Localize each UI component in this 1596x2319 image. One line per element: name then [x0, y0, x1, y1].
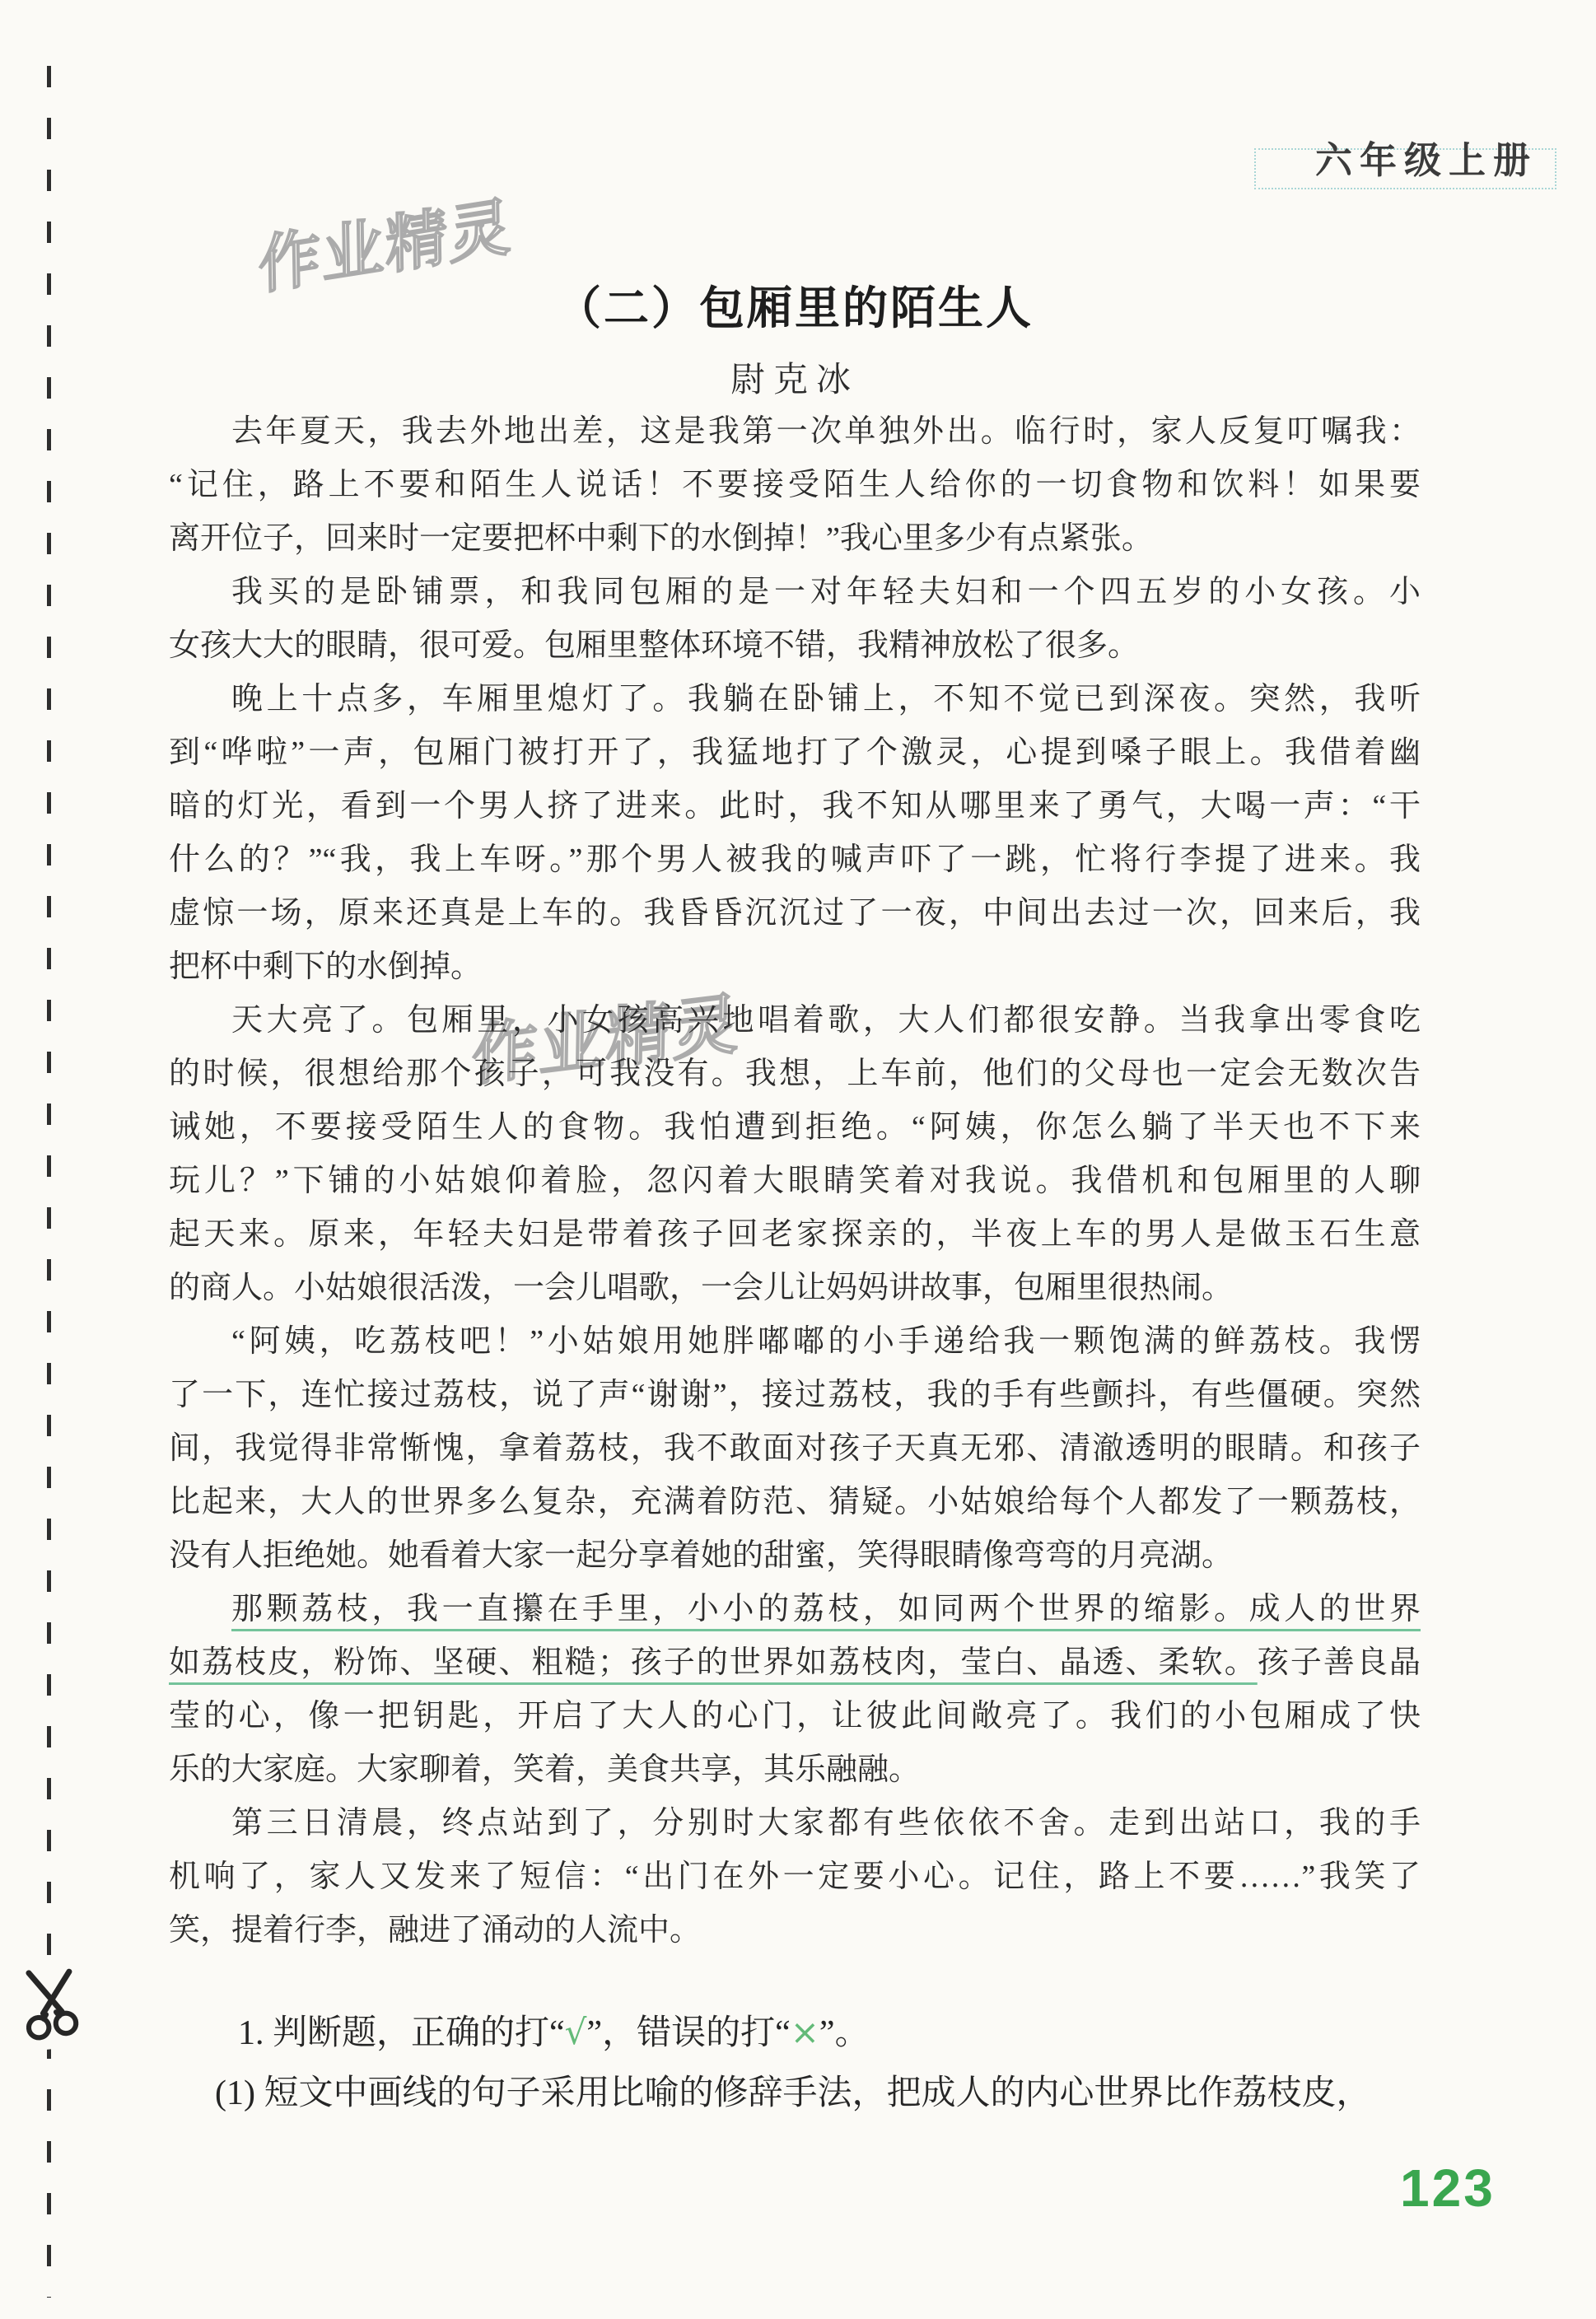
body-line: 女孩大大的眼睛，很可爱。包厢里整体环境不错，我精神放松了很多。: [169, 619, 1421, 673]
answer-mark: √: [565, 2012, 587, 2052]
text-segment: “记住，路上不要和陌生人说话！不要接受陌生人给你的一切食物和饮料！如果要: [169, 468, 1421, 502]
text-segment: 诫她，不要接受陌生人的食物。我怕遭到拒绝。“阿姨，你怎么躺了半天也不下来: [169, 1110, 1421, 1145]
body-line: 离开位子，回来时一定要把杯中剩下的水倒掉！”我心里多少有点紧张。: [169, 512, 1421, 566]
body-line: 起天来。原来，年轻夫妇是带着孩子回老家探亲的，半夜上车的男人是做玉石生意: [169, 1208, 1421, 1262]
text-segment: (1) 短文中画线的句子采用比喻的修辞手法，把成人的内心世界比作荔枝皮，: [215, 2074, 1370, 2112]
text-segment: 了一下，连忙接过荔枝，说了声“谢谢”，接过荔枝，我的手有些颤抖，有些僵硬。突然: [169, 1378, 1421, 1412]
text-segment: 女孩大大的眼睛，很可爱。包厢里整体环境不错，我精神放松了很多。: [169, 628, 1139, 663]
body-line: 虚惊一场，原来还真是上车的。我昏昏沉沉过了一夜，中间出去过一次，回来后，我: [169, 887, 1421, 940]
text-segment: 天大亮了。包厢里，小女孩高兴地唱着歌，大人们都很安静。当我拿出零食吃: [231, 1003, 1421, 1038]
text-segment: 什么的？”“我，我上车呀。”那个男人被我的喊声吓了一跳，忙将行李提了进来。我: [169, 842, 1421, 877]
text-segment: 离开位子，回来时一定要把杯中剩下的水倒掉！”我心里多少有点紧张。: [169, 521, 1153, 556]
text-segment: 机响了，家人又发来了短信：“出门在外一定要小心。记住，路上不要……”我笑了: [169, 1859, 1421, 1894]
body-line: 的时候，很想给那个孩子，可我没有。我想，上车前，他们的父母也一定会无数次告: [169, 1048, 1421, 1101]
text-segment: 玩儿？”下铺的小姑娘仰着脸，忽闪着大眼睛笑着对我说。我借机和包厢里的人聊: [169, 1164, 1421, 1198]
text-segment: 的商人。小姑娘很活泼，一会儿唱歌，一会儿让妈妈讲故事，包厢里很热闹。: [169, 1271, 1233, 1305]
text-segment: 比起来，大人的世界多么复杂，充满着防范、猜疑。小姑娘给每个人都发了一颗荔枝，: [169, 1485, 1421, 1519]
text-segment: 把杯中剩下的水倒掉。: [169, 950, 482, 984]
answer-mark: ×: [791, 2012, 819, 2052]
grade-header-label: 六年级上册: [1315, 130, 1538, 184]
article-author: 尉克冰: [169, 352, 1421, 402]
question-1: 1. 判断题，正确的打“√”，错误的打“×”。: [169, 2006, 1490, 2060]
article-body: 去年夏天，我去外地出差，这是我第一次单独外出。临行时，家人反复叮嘱我：“记住，路…: [169, 405, 1421, 1957]
body-line: 把杯中剩下的水倒掉。: [169, 940, 1421, 994]
body-line: 的商人。小姑娘很活泼，一会儿唱歌，一会儿让妈妈讲故事，包厢里很热闹。: [169, 1262, 1421, 1315]
body-line: 如荔枝皮，粉饰、坚硬、粗糙；孩子的世界如荔枝肉，莹白、晶透、柔软。孩子善良晶: [169, 1636, 1421, 1690]
underlined-sentence: 如荔枝皮，粉饰、坚硬、粗糙；孩子的世界如荔枝肉，莹白、晶透、柔软。: [169, 1645, 1258, 1680]
body-line: 晚上十点多，车厢里熄灯了。我躺在卧铺上，不知不觉已到深夜。突然，我听: [169, 673, 1421, 726]
body-line: 乐的大家庭。大家聊着，笑着，美食共享，其乐融融。: [169, 1743, 1421, 1797]
page-number: 123: [1400, 2158, 1496, 2219]
body-line: 到“哗啦”一声，包厢门被打开了，我猛地打了个激灵，心提到嗓子眼上。我借着幽: [169, 726, 1421, 780]
body-line: “记住，路上不要和陌生人说话！不要接受陌生人给你的一切食物和饮料！如果要: [169, 459, 1421, 512]
text-segment: 间，我觉得非常惭愧，拿着荔枝，我不敢面对孩子天真无邪、清澈透明的眼睛。和孩子: [169, 1431, 1421, 1466]
body-line: 机响了，家人又发来了短信：“出门在外一定要小心。记住，路上不要……”我笑了: [169, 1850, 1421, 1904]
body-line: “阿姨，吃荔枝吧！”小姑娘用她胖嘟嘟的小手递给我一颗饱满的鲜荔枝。我愣: [169, 1315, 1421, 1369]
body-line: 比起来，大人的世界多么复杂，充满着防范、猜疑。小姑娘给每个人都发了一颗荔枝，: [169, 1476, 1421, 1529]
body-line: 什么的？”“我，我上车呀。”那个男人被我的喊声吓了一跳，忙将行李提了进来。我: [169, 833, 1421, 887]
body-line: 了一下，连忙接过荔枝，说了声“谢谢”，接过荔枝，我的手有些颤抖，有些僵硬。突然: [169, 1369, 1421, 1422]
body-line: 间，我觉得非常惭愧，拿着荔枝，我不敢面对孩子天真无邪、清澈透明的眼睛。和孩子: [169, 1422, 1421, 1476]
body-line: 暗的灯光，看到一个男人挤了进来。此时，我不知从哪里来了勇气，大喝一声：“干: [169, 780, 1421, 833]
text-segment: 晚上十点多，车厢里熄灯了。我躺在卧铺上，不知不觉已到深夜。突然，我听: [231, 682, 1421, 716]
underlined-sentence: 那颗荔枝，我一直攥在手里，小小的荔枝，如同两个世界的缩影。成人的世界: [231, 1592, 1421, 1626]
text-segment: 1. 判断题，正确的打“: [238, 2014, 565, 2052]
body-line: 我买的是卧铺票，和我同包厢的是一对年轻夫妇和一个四五岁的小女孩。小: [169, 566, 1421, 619]
body-line: 第三日清晨，终点站到了，分别时大家都有些依依不舍。走到出站口，我的手: [169, 1797, 1421, 1850]
text-segment: 虚惊一场，原来还真是上车的。我昏昏沉沉过了一夜，中间出去过一次，回来后，我: [169, 896, 1421, 931]
text-segment: ”，错误的打“: [586, 2014, 790, 2052]
body-line: 笑，提着行李，融进了涌动的人流中。: [169, 1904, 1421, 1957]
text-segment: ”。: [819, 2014, 870, 2052]
body-line: 莹的心，像一把钥匙，开启了大人的心门，让彼此间敞亮了。我们的小包厢成了快: [169, 1690, 1421, 1743]
body-line: 那颗荔枝，我一直攥在手里，小小的荔枝，如同两个世界的缩影。成人的世界: [169, 1583, 1421, 1636]
workbook-page: 六年级上册 作业精灵 作业精灵 （二）包厢里的陌生人 尉克冰 去年夏天，我去外地…: [0, 0, 1596, 2319]
text-segment: 去年夏天，我去外地出差，这是我第一次单独外出。临行时，家人反复叮嘱我：: [231, 414, 1421, 449]
body-line: 去年夏天，我去外地出差，这是我第一次单独外出。临行时，家人反复叮嘱我：: [169, 405, 1421, 459]
body-line: 玩儿？”下铺的小姑娘仰着脸，忽闪着大眼睛笑着对我说。我借机和包厢里的人聊: [169, 1155, 1421, 1208]
question-1-item-1: (1) 短文中画线的句子采用比喻的修辞手法，把成人的内心世界比作荔枝皮，: [169, 2067, 1467, 2120]
text-segment: “阿姨，吃荔枝吧！”小姑娘用她胖嘟嘟的小手递给我一颗饱满的鲜荔枝。我愣: [231, 1324, 1421, 1359]
body-line: 没有人拒绝她。她看着大家一起分享着她的甜蜜，笑得眼睛像弯弯的月亮湖。: [169, 1529, 1421, 1583]
scissors-icon: [6, 1959, 96, 2053]
article-title: （二）包厢里的陌生人: [169, 272, 1421, 337]
text-segment: 第三日清晨，终点站到了，分别时大家都有些依依不舍。走到出站口，我的手: [231, 1806, 1421, 1841]
grade-header-box: 六年级上册: [1254, 148, 1556, 189]
text-segment: 没有人拒绝她。她看着大家一起分享着她的甜蜜，笑得眼睛像弯弯的月亮湖。: [169, 1538, 1233, 1573]
text-segment: 暗的灯光，看到一个男人挤了进来。此时，我不知从哪里来了勇气，大喝一声：“干: [169, 789, 1421, 824]
body-line: 诫她，不要接受陌生人的食物。我怕遭到拒绝。“阿姨，你怎么躺了半天也不下来: [169, 1101, 1421, 1155]
text-segment: 的时候，很想给那个孩子，可我没有。我想，上车前，他们的父母也一定会无数次告: [169, 1057, 1421, 1091]
text-segment: 笑，提着行李，融进了涌动的人流中。: [169, 1913, 701, 1948]
text-segment: 孩子善良晶: [1258, 1645, 1421, 1680]
text-segment: 莹的心，像一把钥匙，开启了大人的心门，让彼此间敞亮了。我们的小包厢成了快: [169, 1699, 1421, 1733]
text-segment: 到“哗啦”一声，包厢门被打开了，我猛地打了个激灵，心提到嗓子眼上。我借着幽: [169, 735, 1421, 770]
body-line: 天大亮了。包厢里，小女孩高兴地唱着歌，大人们都很安静。当我拿出零食吃: [169, 994, 1421, 1048]
text-segment: 起天来。原来，年轻夫妇是带着孩子回老家探亲的，半夜上车的男人是做玉石生意: [169, 1217, 1421, 1252]
text-segment: 我买的是卧铺票，和我同包厢的是一对年轻夫妇和一个四五岁的小女孩。小: [231, 575, 1421, 609]
text-segment: 乐的大家庭。大家聊着，笑着，美食共享，其乐融融。: [169, 1752, 920, 1787]
